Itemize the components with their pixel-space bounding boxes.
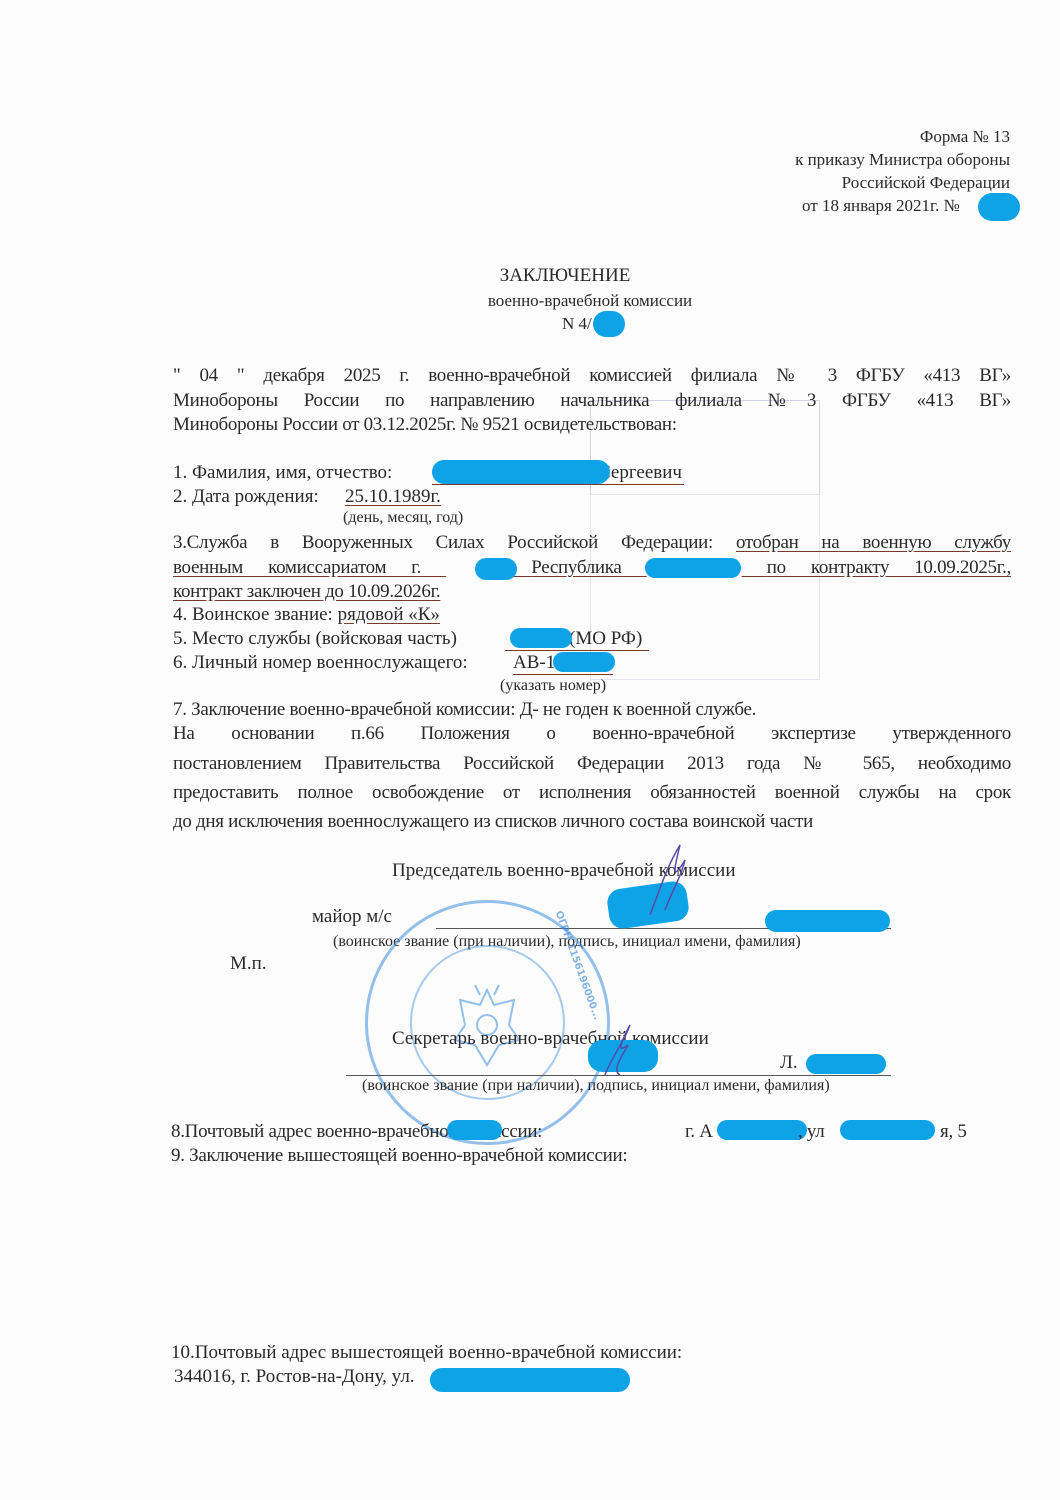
federation-line: Российской Федерации	[842, 173, 1010, 193]
form-label: Форма № 13	[920, 127, 1010, 147]
field-1-underline	[432, 484, 684, 485]
field-3-value-2b: Республика	[531, 557, 621, 578]
intro-line-2: Минобороны России по направлению начальн…	[173, 389, 1011, 413]
stamp-place-label: М.п.	[230, 953, 267, 975]
field-4-label: 4. Воинское звание: рядовой «К»	[173, 604, 440, 626]
field-9-label: 9. Заключение вышестоящей военно-врачебн…	[171, 1144, 627, 1168]
redaction-mark	[717, 1120, 807, 1140]
field-6-label: 6. Личный номер военнослужащего:	[173, 652, 468, 674]
redaction-mark	[840, 1120, 935, 1140]
field-3-value-2c: по контракту 10.09.2025г.,	[767, 557, 1011, 578]
document-page: Форма № 13 к приказу Министра обороны Ро…	[0, 0, 1060, 1500]
redaction-mark	[432, 460, 610, 484]
field-3-value-2a: военным комиссариатом г.	[173, 557, 421, 578]
field-6-value: АВ-1	[513, 652, 555, 674]
document-number: N 4/	[562, 314, 592, 334]
field-2-label: 2. Дата рождения:	[173, 486, 319, 508]
order-line: к приказу Министра обороны	[795, 150, 1010, 170]
field-7-conclusion: 7. Заключение военно-врачебной комиссии:…	[173, 698, 756, 722]
field-10-value: 344016, г. Ростов-на-Дону, ул.	[174, 1366, 415, 1388]
field-3-value-line-3: контракт заключен до 10.09.2026г.	[173, 580, 440, 604]
basis-line-1: На основании п.66 Положения о военно-вра…	[173, 722, 1011, 746]
order-date-line: от 18 января 2021г. №	[802, 196, 960, 216]
redaction-mark	[553, 652, 615, 672]
field-5-value: (МО РФ)	[569, 628, 642, 650]
field-4-value: рядовой «К»	[338, 604, 440, 625]
basis-line-2: постановлением Правительства Российской …	[173, 752, 1011, 776]
redaction-mark	[430, 1368, 630, 1392]
field-8-city: г. А	[685, 1120, 713, 1144]
basis-line-3: предоставить полное освобождение от испо…	[173, 781, 1011, 805]
field-1-value: Сергеевич	[598, 462, 682, 484]
chair-signature-scribble	[640, 840, 700, 920]
field-2-value: 25.10.1989г.	[345, 486, 441, 508]
field-8-street: , ул	[798, 1120, 824, 1144]
secretary-initial: Л.	[780, 1052, 798, 1074]
field-3-value-line-2: военным комиссариатом г. Республика по к…	[173, 556, 1011, 580]
field-1-label: 1. Фамилия, имя, отчество:	[173, 462, 392, 484]
secretary-signature-scribble	[600, 1020, 650, 1080]
redaction-mark	[475, 558, 517, 580]
secretary-hint: (воинское звание (при наличии), подпись,…	[362, 1077, 830, 1095]
field-6-hint: (указать номер)	[500, 677, 606, 695]
intro-line-1: " 04 " декабря 2025 г. военно-врачебной …	[173, 364, 1011, 388]
field-5-label: 5. Место службы (войсковая часть)	[173, 628, 457, 650]
field-3-label: 3.Служба в Вооруженных Силах Российской …	[173, 531, 1011, 555]
redaction-mark	[645, 558, 741, 578]
redaction-mark	[806, 1054, 886, 1074]
field-5-underline	[505, 650, 649, 651]
document-subtitle: военно-врачебной комиссии	[0, 291, 1060, 311]
field-2-hint: (день, месяц, год)	[343, 509, 463, 527]
secretary-title: Секретарь военно-врачебной комиссии	[392, 1028, 709, 1050]
redaction-mark	[447, 1120, 502, 1140]
redaction-mark	[510, 628, 572, 648]
intro-line-3: Минобороны России от 03.12.2025г. № 9521…	[173, 413, 677, 437]
stamp-eagle-emblem	[440, 970, 535, 1080]
redaction-mark	[593, 311, 625, 337]
chair-rank: майор м/с	[312, 906, 392, 928]
field-10-label: 10.Почтовый адрес вышестоящей военно-вра…	[171, 1342, 682, 1364]
field-6-underline	[513, 674, 613, 675]
redaction-mark	[765, 910, 890, 932]
field-8-end: я, 5	[940, 1120, 967, 1144]
document-title: ЗАКЛЮЧЕНИЕ	[0, 265, 1060, 287]
field-4-label-text: 4. Воинское звание:	[173, 604, 333, 625]
field-3-value-1: отобран на военную службу	[736, 532, 1011, 553]
basis-line-4: до дня исключения военнослужащего из спи…	[173, 810, 813, 834]
redaction-mark	[978, 193, 1020, 221]
field-3-label-text: 3.Служба в Вооруженных Силах Российской …	[173, 532, 713, 553]
